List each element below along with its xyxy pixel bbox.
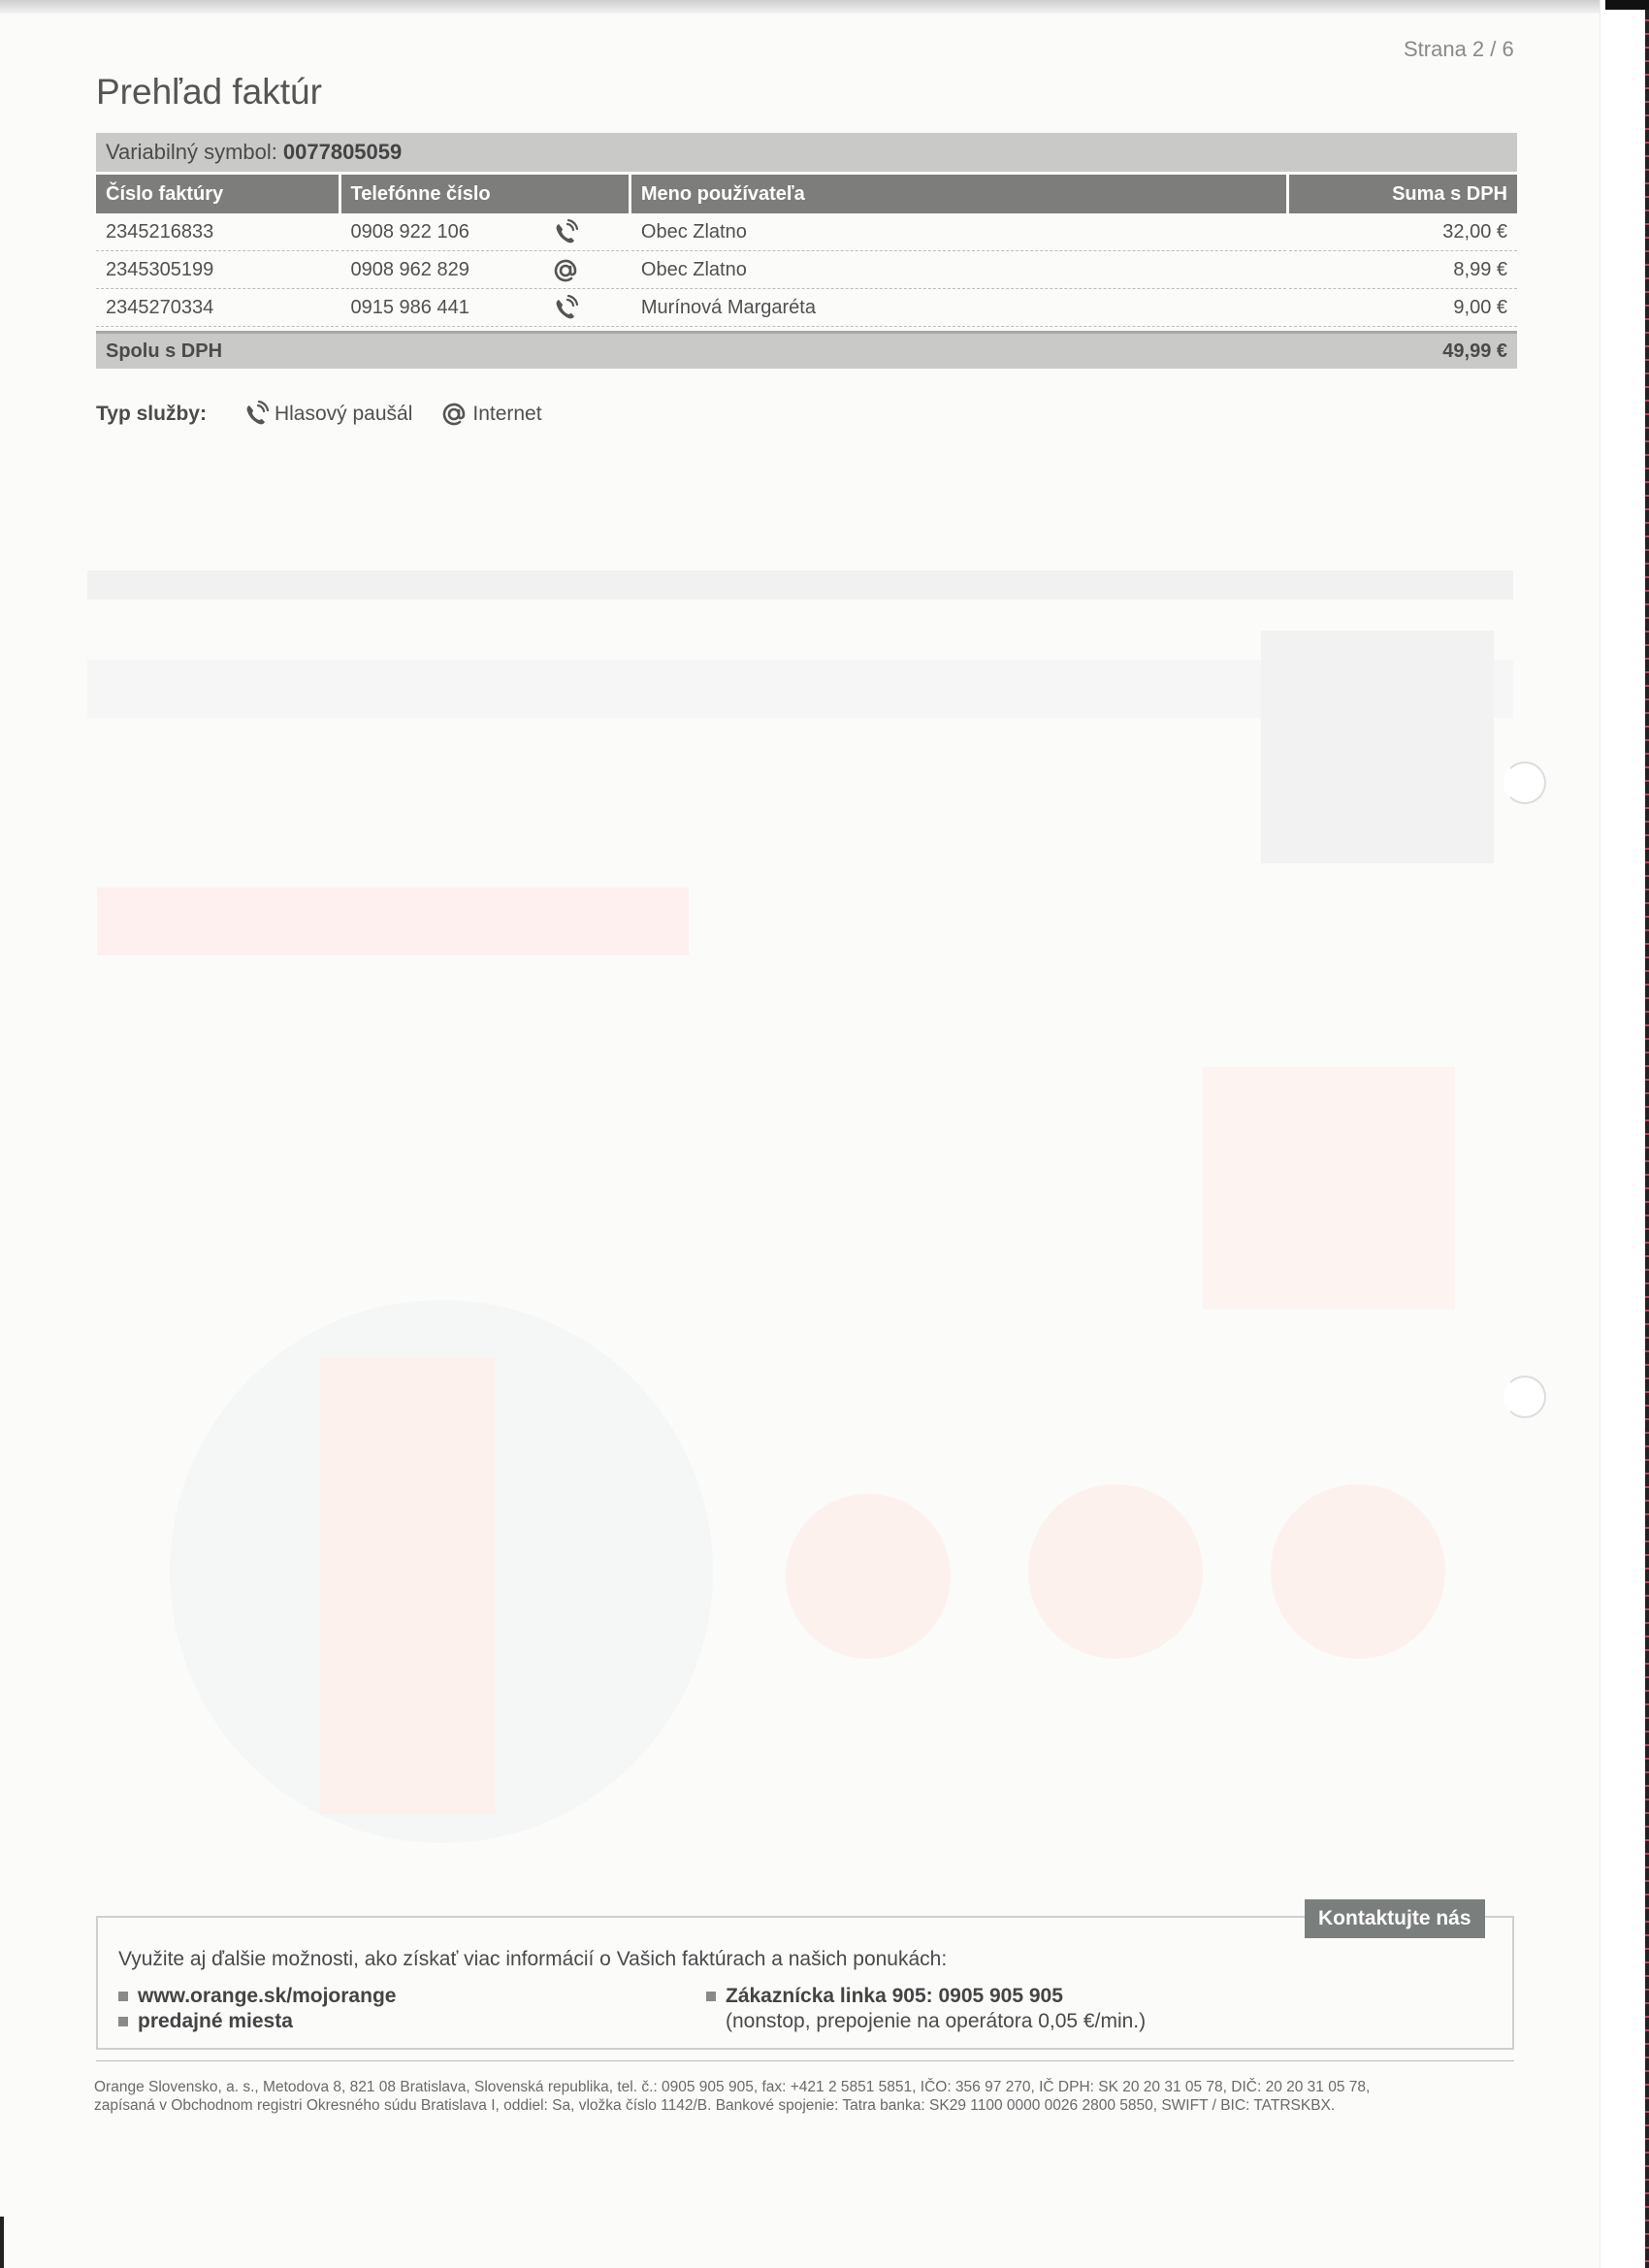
scan-right-edge [1645,0,1649,2268]
user-name: Murínová Margaréta [631,289,1287,327]
amount: 9,00 € [1289,289,1517,327]
amount: 32,00 € [1289,213,1517,251]
invoice-number: 2345216833 [96,213,339,251]
column-header-user: Meno používateľa [631,175,1287,213]
scan-top-edge [0,0,1649,14]
phone-number: 0908 922 106 [341,213,629,251]
contact-us-badge: Kontaktujte nás [1305,1899,1485,1938]
legend-label-voice: Hlasový paušál [275,403,412,426]
at-sign-icon [551,256,580,285]
service-type-legend: Typ služby: Hlasový paušál Internet [96,400,569,429]
link-mojorange[interactable]: www.orange.sk/mojorange [118,1984,396,2009]
bleed-through-circle [1271,1484,1445,1659]
punch-hole [1503,761,1546,804]
bleed-through-band [87,570,1513,599]
phone-voice-icon [551,218,580,247]
variable-symbol-row: Variabilný symbol: 0077805059 [96,133,1517,172]
phone-number-text: 0915 986 441 [351,297,469,319]
page-number: Strana 2 / 6 [1404,37,1514,62]
bleed-through-circle [170,1300,713,1843]
invoice-number: 2345305199 [96,251,339,289]
page-title: Prehľad faktúr [96,72,322,113]
total-label: Spolu s DPH [96,334,232,369]
bleed-through-phone [320,1358,495,1814]
bleed-through-red-panel [1203,1067,1455,1310]
contact-hotline: Zákaznícka linka 905: 0905 905 905 (nons… [706,1984,1146,2034]
contact-intro: Využite aj ďalšie možnosti, ako získať v… [118,1948,947,1971]
bleed-through-circle [1028,1484,1203,1659]
user-name: Obec Zlatno [631,251,1287,289]
scan-right-margin [1600,0,1649,2268]
column-header-phone: Telefónne číslo [341,175,629,213]
invoice-overview-table: Variabilný symbol: 0077805059 Číslo fakt… [96,133,1517,369]
hotline-number: Zákaznícka linka 905: 0905 905 905 [706,1984,1146,2009]
variable-symbol-label: Variabilný symbol: [106,140,277,165]
at-sign-icon [439,400,472,429]
legend-label-internet: Internet [472,403,541,426]
legend-item-internet: Internet [439,400,541,429]
table-row: 23452168330908 922 106Obec Zlatno32,00 € [96,213,1517,251]
total-value: 49,99 € [1433,334,1517,369]
phone-voice-icon [242,400,275,429]
bleed-through-red-box [97,888,689,956]
bleed-through-circle [786,1494,951,1659]
amount: 8,99 € [1289,251,1517,289]
legal-line-2: zapísaná v Obchodnom registri Okresného … [94,2096,1520,2115]
invoice-number: 2345270334 [96,289,339,327]
phone-number: 0908 962 829 [341,251,629,289]
contact-links: www.orange.sk/mojorange predajné miesta [118,1984,396,2034]
link-sales-points[interactable]: predajné miesta [118,2009,396,2034]
hotline-note: (nonstop, prepojenie na operátora 0,05 €… [706,2009,1146,2034]
service-type-label: Typ služby: [96,403,207,426]
variable-symbol-value: 0077805059 [283,140,402,165]
scan-bottom-left-edge [0,2217,4,2268]
table-row: 23452703340915 986 441Murínová Margaréta… [96,289,1517,327]
legal-line-1: Orange Slovensko, a. s., Metodova 8, 821… [94,2078,1520,2096]
scan-corner [1605,0,1649,10]
punch-hole [1503,1376,1546,1418]
column-header-amount: Suma s DPH [1289,175,1517,213]
table-row: 23453051990908 962 829Obec Zlatno8,99 € [96,251,1517,289]
legal-footer: Orange Slovensko, a. s., Metodova 8, 821… [94,2078,1520,2115]
bleed-through-band [87,660,1513,718]
table-header: Číslo faktúry Telefónne číslo Meno použí… [96,175,1517,213]
phone-number: 0915 986 441 [341,289,629,327]
phone-number-text: 0908 922 106 [351,221,469,243]
legend-item-voice: Hlasový paušál [242,400,412,429]
bleed-through-image [1261,631,1494,863]
total-row: Spolu s DPH 49,99 € [96,331,1517,369]
column-header-invoice-number: Číslo faktúry [96,175,339,213]
user-name: Obec Zlatno [631,213,1287,251]
phone-voice-icon [551,294,580,323]
phone-number-text: 0908 962 829 [351,259,469,281]
footer-divider [96,2060,1514,2061]
